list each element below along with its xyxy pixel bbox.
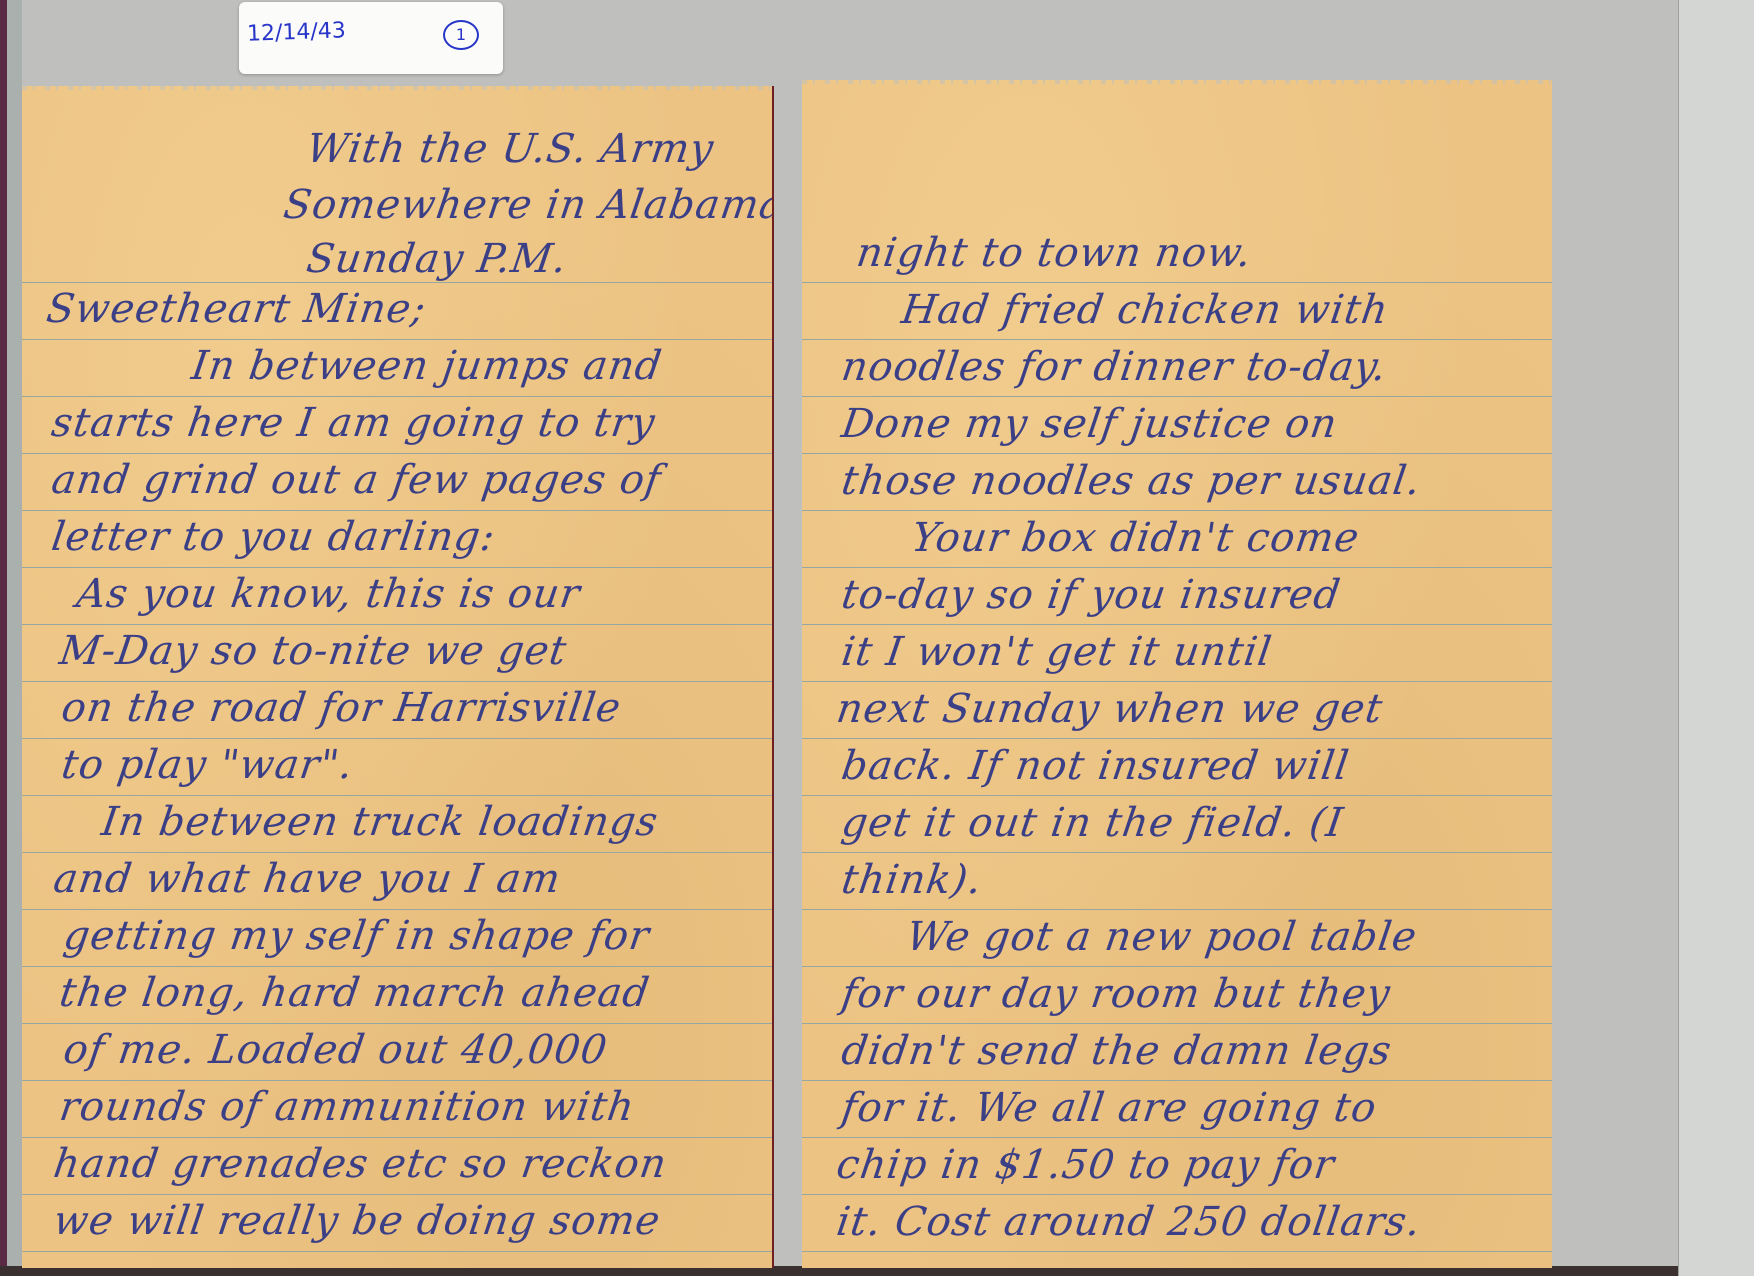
letter-line: rounds of ammunition with (57, 1084, 638, 1130)
letter-line: and grind out a few pages of (49, 457, 664, 503)
letter-line: to play "war". (59, 742, 357, 788)
letter-line: it I won't get it until (839, 629, 1275, 675)
letter-line: In between jumps and (189, 343, 665, 389)
letter-line: getting my self in shape for (61, 913, 653, 959)
ruled-line (802, 681, 1552, 682)
letter-line: didn't send the damn legs (839, 1028, 1395, 1074)
ruled-line (22, 909, 772, 910)
ruled-line (22, 1137, 772, 1138)
ruled-line (22, 567, 772, 568)
ruled-line (802, 453, 1552, 454)
letter-page-left: With the U.S. Army Somewhere in Alabama … (22, 86, 774, 1268)
letter-line: it. Cost around 250 dollars. (834, 1199, 1424, 1245)
letter-line: back. If not insured will (839, 743, 1353, 789)
letter-line: Had fried chicken with (899, 287, 1392, 333)
ruled-line (22, 453, 772, 454)
letter-line: on the road for Harrisville (59, 685, 624, 731)
salutation: Sweetheart Mine; (44, 286, 429, 332)
ruled-line (802, 1080, 1552, 1081)
ruled-line (802, 852, 1552, 853)
letter-line: letter to you darling: (49, 514, 499, 560)
ruled-line (22, 738, 772, 739)
letter-line: We got a new pool table (904, 914, 1420, 960)
ruled-line (802, 282, 1552, 283)
ruled-line (22, 795, 772, 796)
letter-line: starts here I am going to try (49, 400, 659, 446)
ruled-line (22, 339, 772, 340)
ruled-line (22, 1194, 772, 1195)
letter-heading-line: Sunday P.M. (304, 236, 570, 282)
ruled-line (22, 510, 772, 511)
letter-line: we will really be doing some (51, 1198, 664, 1244)
letter-line: those noodles as per usual. (839, 458, 1424, 504)
letter-line: hand grenades etc so reckon (51, 1141, 670, 1187)
scan-edge-dark (0, 0, 7, 1276)
letter-line: M-Day so to-nite we get (57, 628, 570, 674)
ruled-line (802, 909, 1552, 910)
letter-line: the long, hard march ahead (57, 970, 653, 1016)
ruled-line (802, 795, 1552, 796)
letter-line: next Sunday when we get (834, 686, 1386, 732)
ruled-line (22, 1251, 772, 1252)
letter-line: for our day room but they (839, 971, 1394, 1017)
ruled-line (22, 624, 772, 625)
letter-heading-line: With the U.S. Army (304, 126, 717, 172)
label-page-number: 1 (443, 20, 479, 50)
ruled-line (802, 1251, 1552, 1252)
ruled-line (22, 681, 772, 682)
torn-edge (22, 86, 772, 90)
ruled-line (802, 1194, 1552, 1195)
letter-line: As you know, this is our (74, 571, 584, 617)
letter-line: In between truck loadings (99, 799, 661, 845)
letter-line: noodles for dinner to-day. (839, 344, 1390, 390)
ruled-line (802, 966, 1552, 967)
ruled-line (802, 396, 1552, 397)
ruled-line (802, 510, 1552, 511)
letter-line: of me. Loaded out 40,000 (61, 1027, 611, 1073)
ruled-line (22, 1080, 772, 1081)
torn-edge (802, 80, 1552, 84)
ruled-line (802, 1137, 1552, 1138)
ruled-line (802, 1023, 1552, 1024)
ruled-line (802, 624, 1552, 625)
letter-page-right: night to town now. Had fried chicken wit… (802, 80, 1552, 1268)
scanner-background-strip (1678, 0, 1754, 1276)
letter-line: and what have you I am (51, 856, 564, 902)
letter-line: chip in $1.50 to pay for (834, 1142, 1338, 1188)
label-date: 12/14/43 (247, 18, 347, 46)
scan-edge-grey (7, 0, 22, 1276)
ruled-line (802, 738, 1552, 739)
ruled-line (802, 339, 1552, 340)
ruled-line (22, 396, 772, 397)
letter-line: to-day so if you insured (839, 572, 1344, 618)
ruled-line (22, 282, 772, 283)
letter-heading-line: Somewhere in Alabama (281, 182, 774, 228)
letter-line: Your box didn't come (909, 515, 1363, 561)
letter-line: Done my self justice on (839, 401, 1341, 447)
ruled-line (22, 1023, 772, 1024)
letter-line: for it. We all are going to (839, 1085, 1380, 1131)
ruled-line (22, 966, 772, 967)
ruled-line (22, 852, 772, 853)
ruled-line (802, 567, 1552, 568)
letter-line: think). (839, 857, 985, 903)
letter-line: get it out in the field. (I (839, 800, 1347, 846)
archive-label-card: 12/14/43 1 (239, 2, 503, 74)
letter-line: night to town now. (854, 230, 1255, 276)
